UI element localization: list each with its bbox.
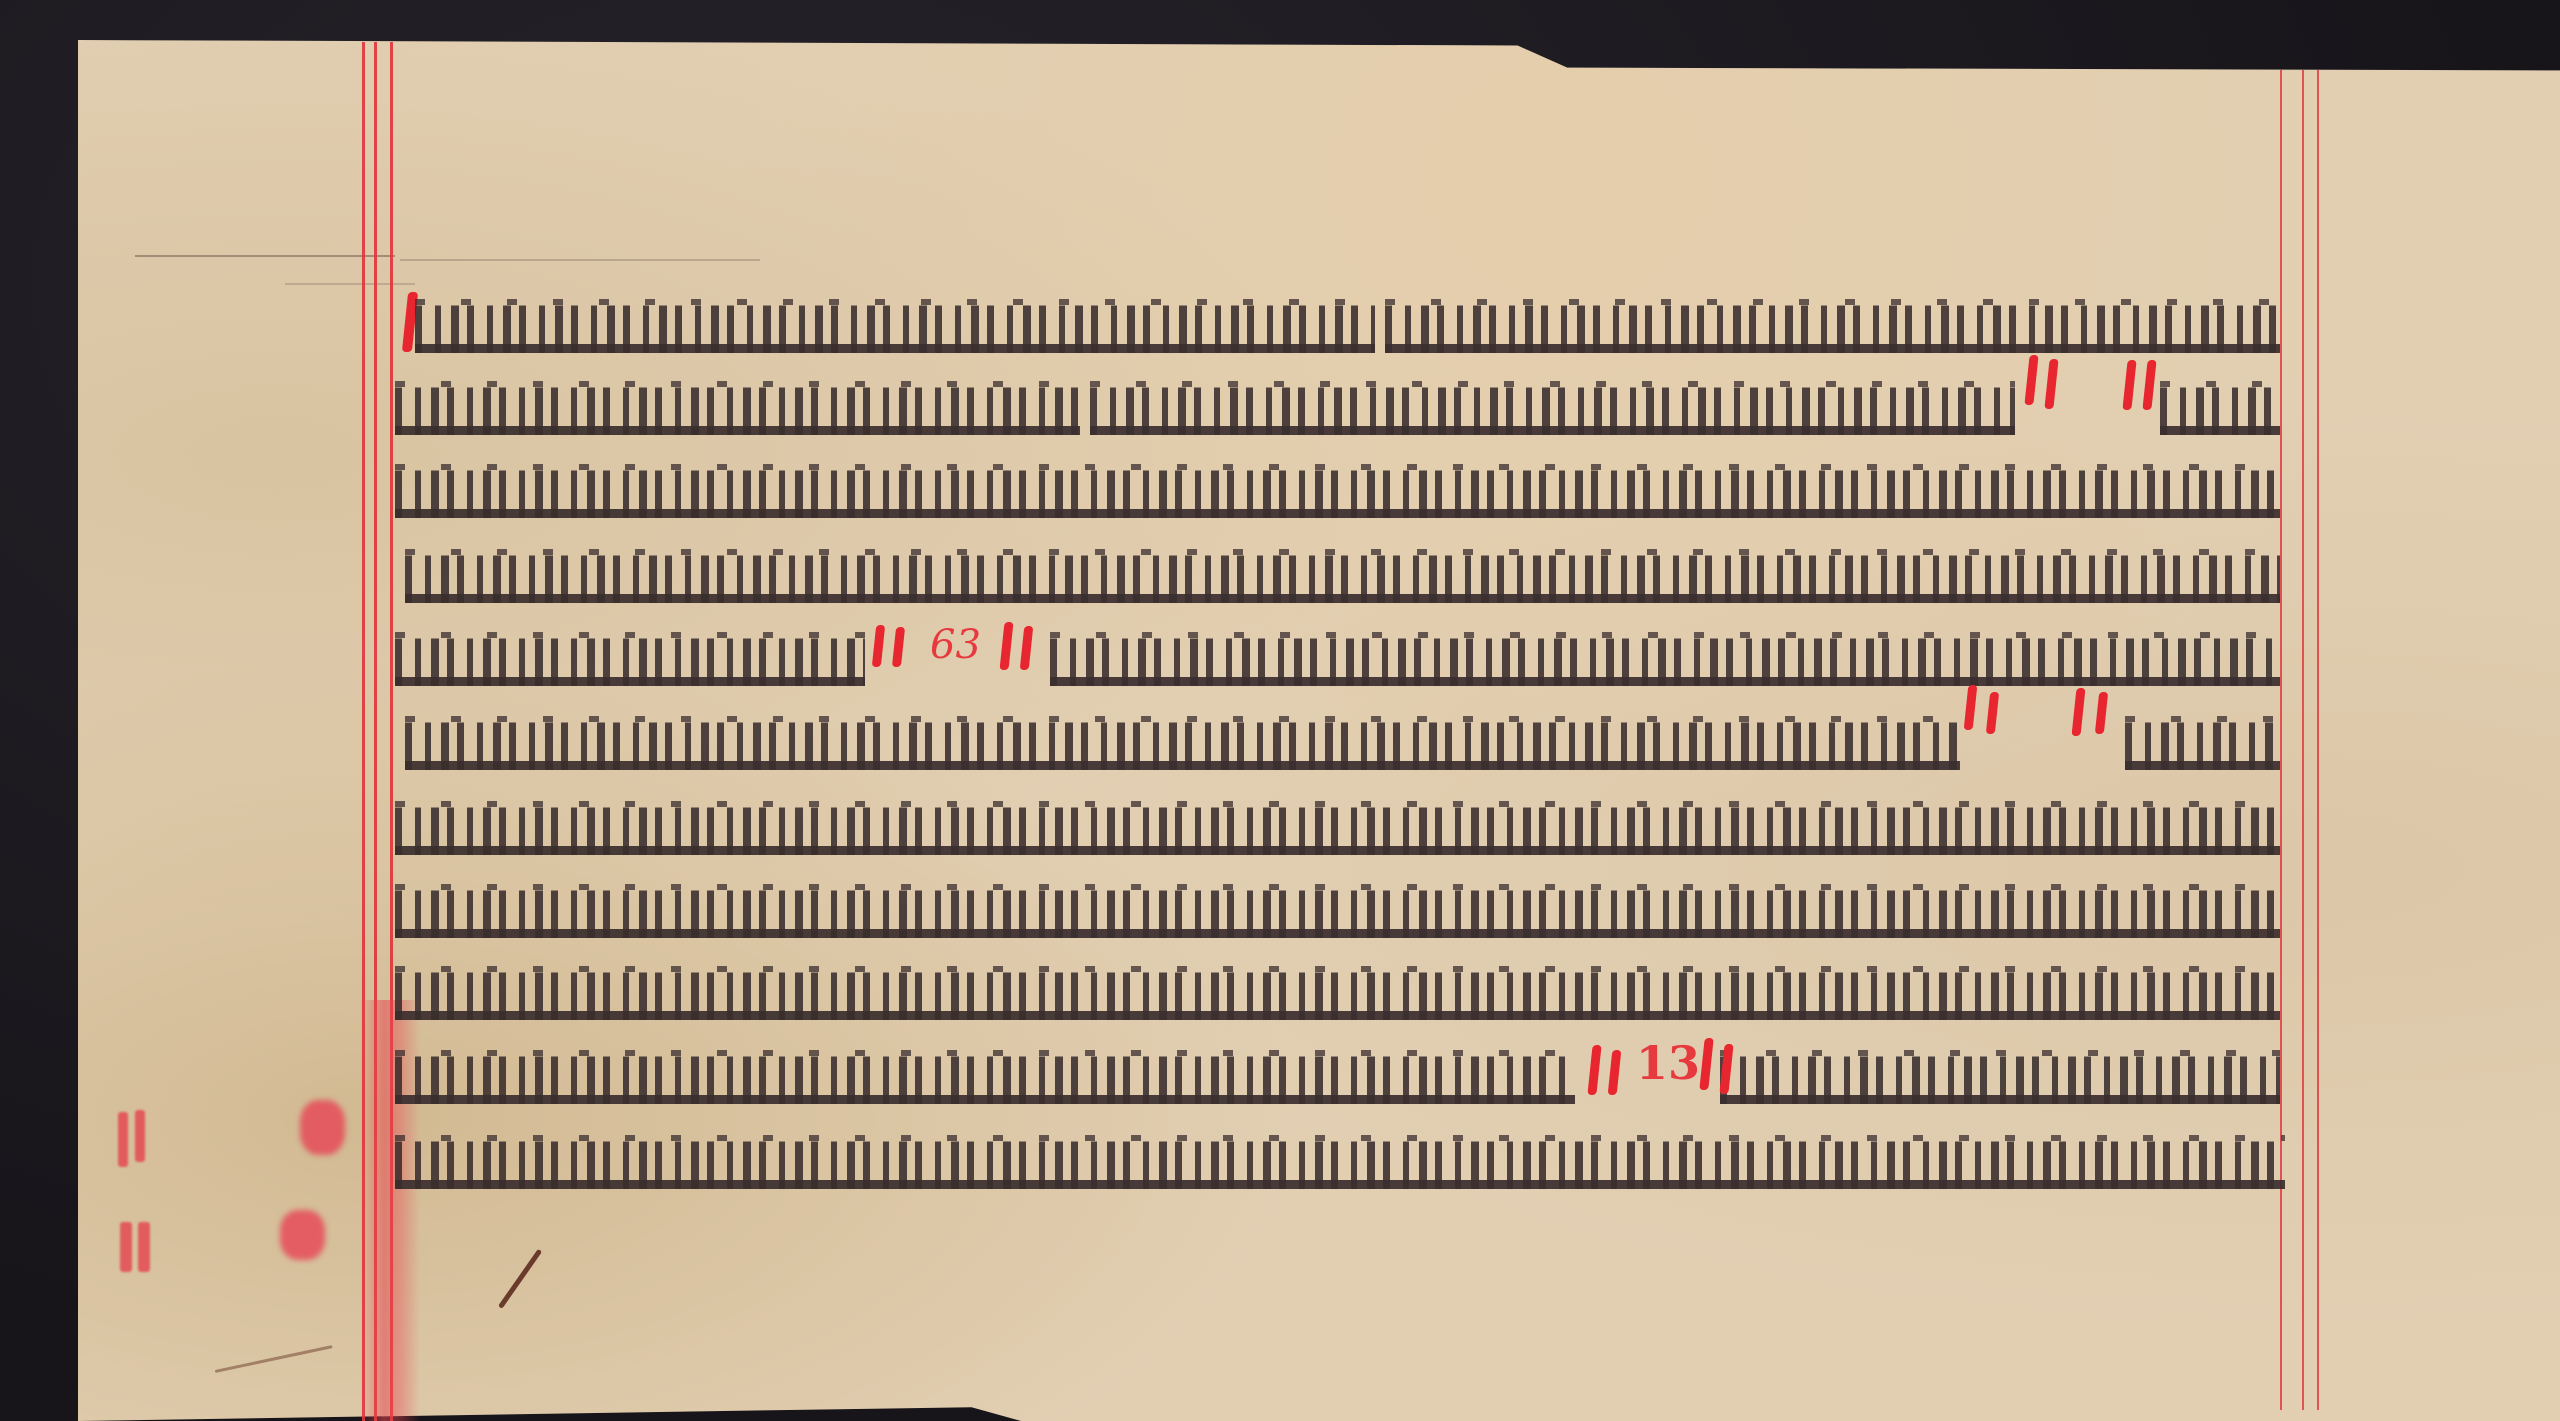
margin-danda-mark: [120, 1222, 132, 1272]
text-line-segment: [2160, 377, 2280, 435]
text-line-segment: [415, 295, 1375, 353]
text-line-segment: [395, 460, 2280, 518]
text-line-segment: [405, 545, 2280, 603]
margin-danda-mark: [138, 1222, 150, 1272]
right-margin-line: [2302, 70, 2304, 1410]
verse-number: 13: [1636, 1040, 1700, 1086]
ruled-guide-line: [285, 283, 415, 285]
text-line-segment: [395, 377, 1080, 435]
text-line-segment: [1050, 628, 2280, 686]
text-line-segment: [395, 797, 2280, 855]
ruled-guide-line: [135, 255, 395, 257]
margin-red-blot: [280, 1210, 325, 1260]
text-line-segment: [2125, 712, 2280, 770]
text-line-segment: [1385, 295, 2280, 353]
text-line-segment: [395, 962, 2280, 1020]
margin-red-blot: [300, 1100, 345, 1155]
ruled-guide-line: [400, 259, 760, 261]
margin-danda-mark: [135, 1110, 145, 1162]
text-line-segment: [395, 1131, 2285, 1189]
right-margin-line: [2280, 70, 2282, 1410]
text-line-segment: [405, 712, 1960, 770]
text-line-segment: [395, 1046, 1575, 1104]
text-line-segment: [395, 880, 2280, 938]
text-line-segment: [1720, 1046, 2280, 1104]
right-margin-line: [2317, 70, 2319, 1410]
text-line-segment: [395, 628, 865, 686]
verse-number: 63: [930, 625, 981, 665]
margin-danda-mark: [118, 1112, 128, 1167]
text-line-segment: [1090, 377, 2015, 435]
